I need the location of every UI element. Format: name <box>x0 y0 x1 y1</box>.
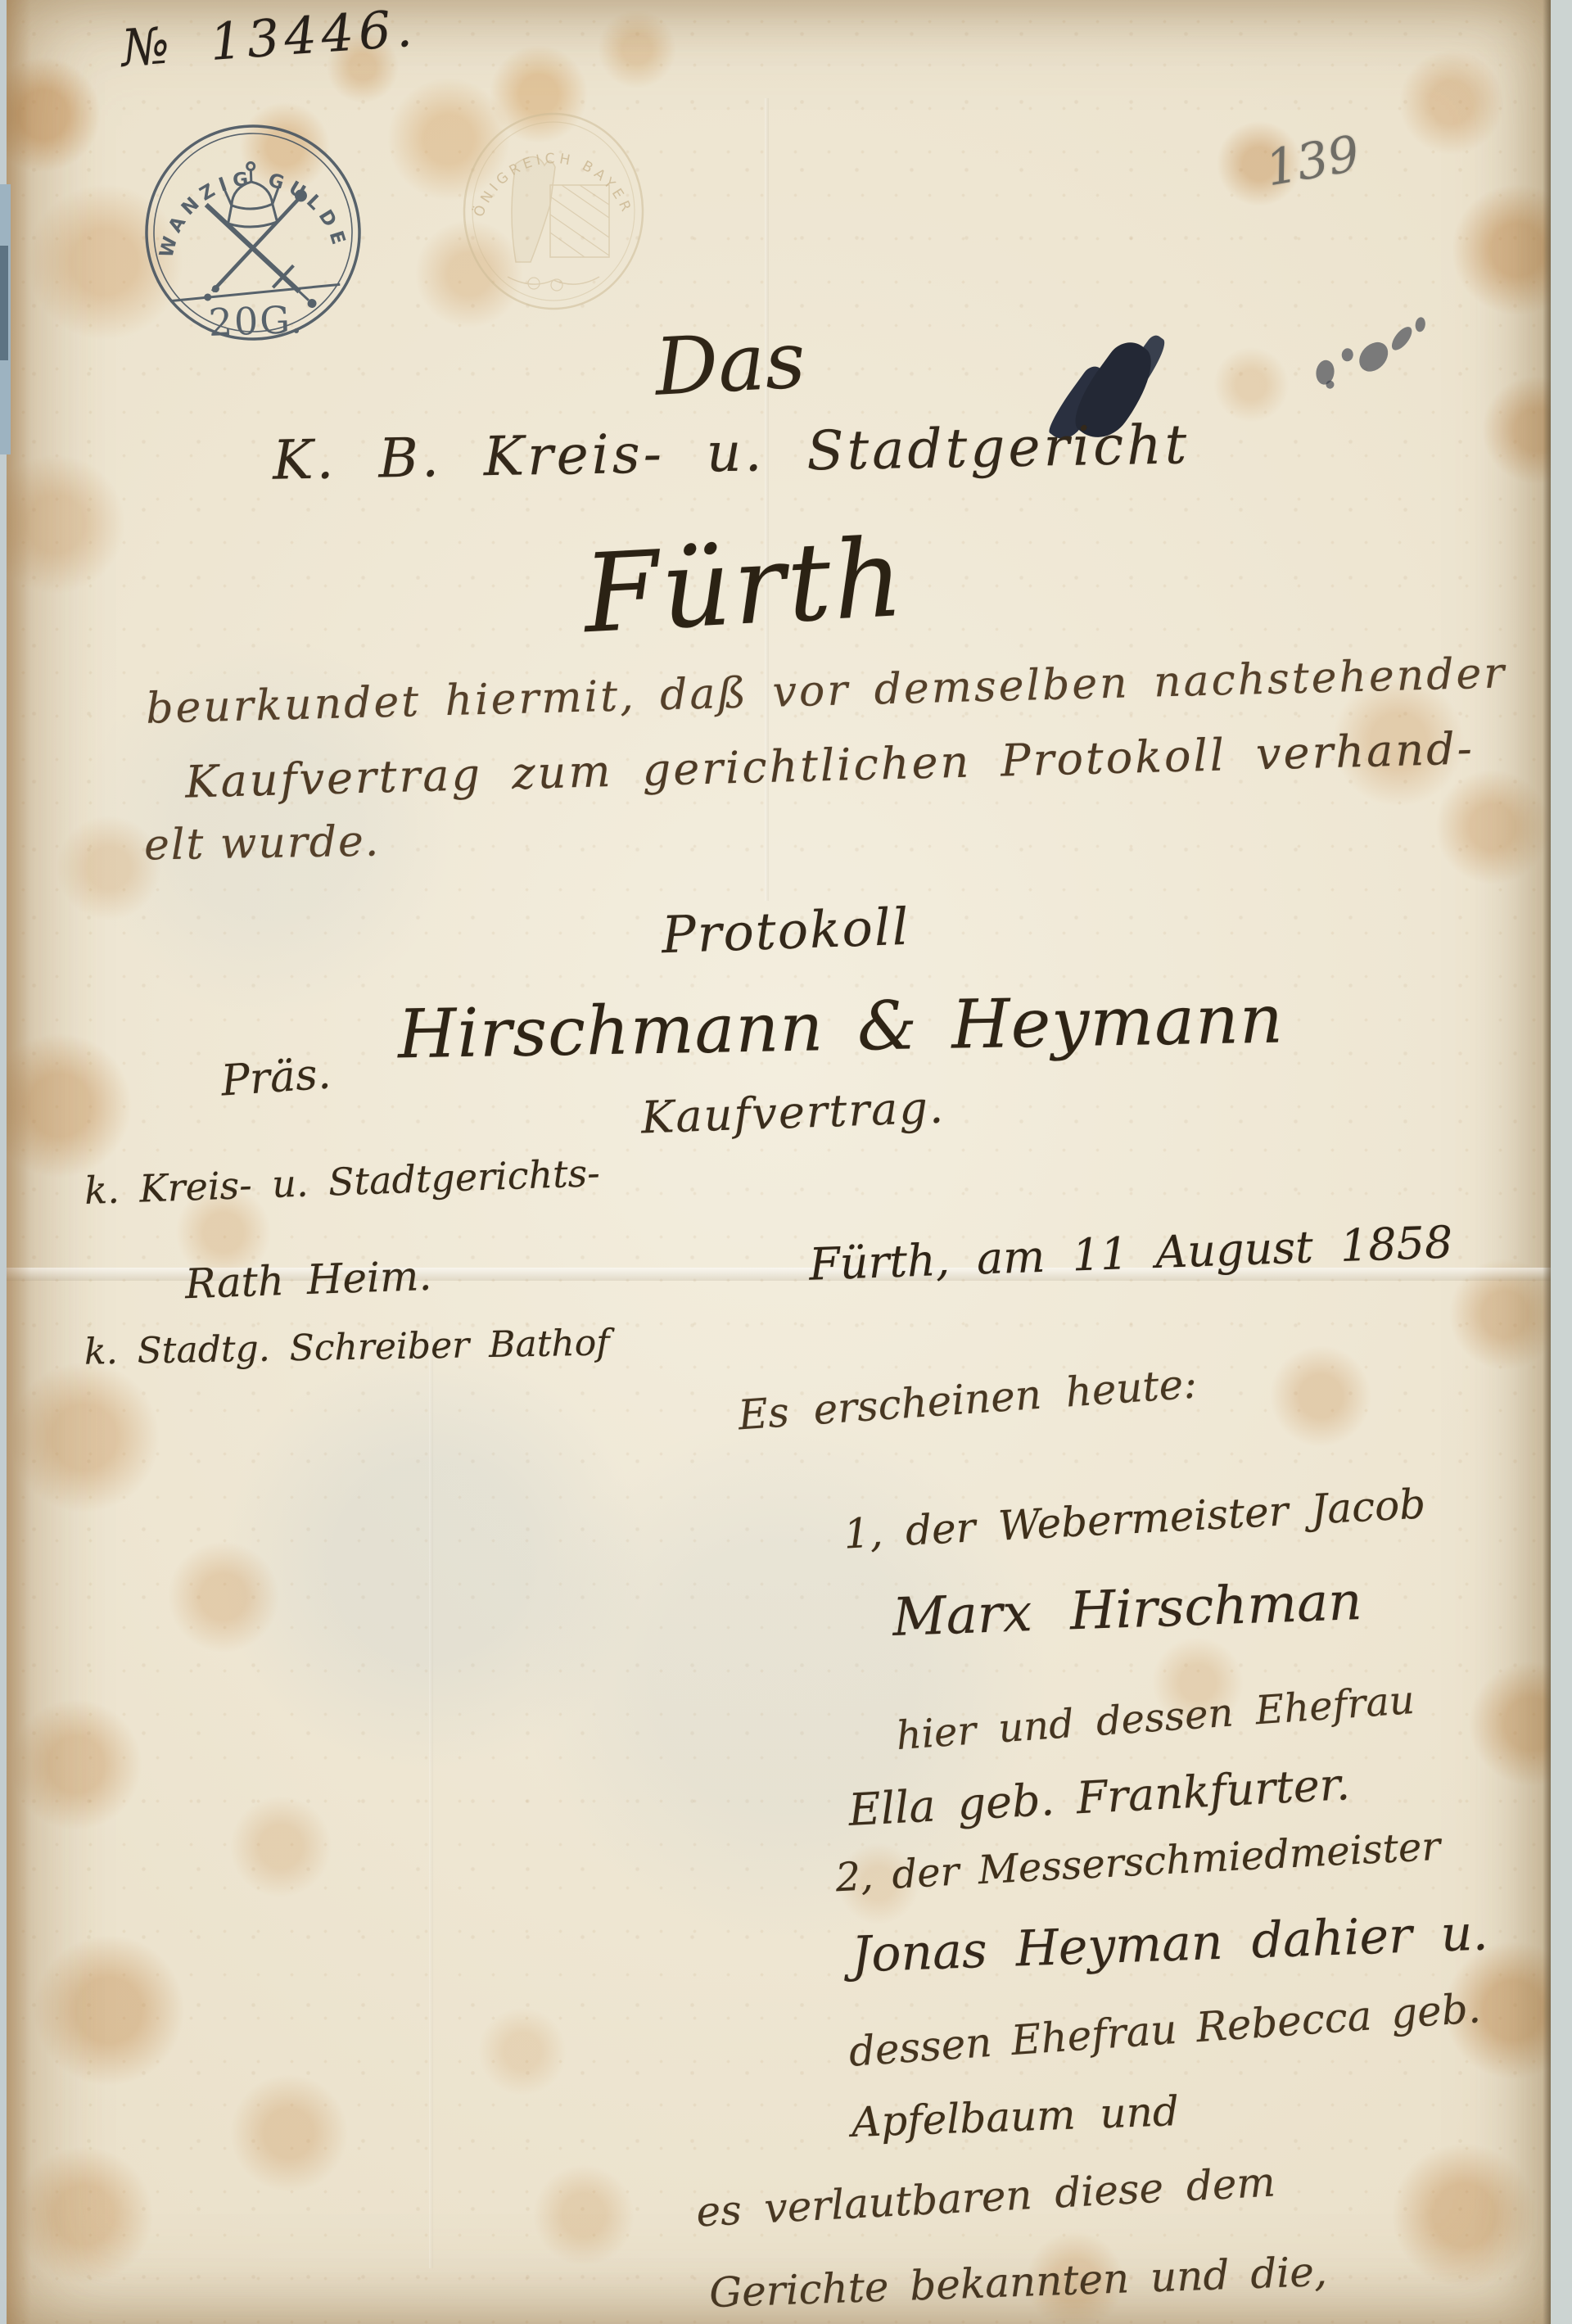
margin-note-clerk: k. Stadtg. Schreiber Bathof <box>84 1325 610 1370</box>
document-page: № 13446. 139 ZWANZIG GULDEN <box>7 0 1551 2324</box>
page-number: 139 <box>1262 125 1364 198</box>
party2-line-3: dessen Ehefrau Rebecca geb. <box>847 1987 1482 2073</box>
scan-edge-right <box>1551 0 1572 2324</box>
stamp-value-text: 20G. <box>208 297 305 345</box>
opening-line: Es erscheinen heute: <box>737 1363 1199 1436</box>
ink-smear <box>1308 308 1442 414</box>
scan-edge-left-shadow <box>0 246 8 360</box>
embossed-seal: KÖNIGREICH BAYERN <box>458 106 648 316</box>
court-name: K. B. Kreis- u. Stadtgericht <box>273 418 1190 488</box>
contract-type: Kaufvertrag. <box>640 1086 946 1141</box>
protocol-title: Protokoll <box>661 902 910 961</box>
heading-das: Das <box>653 320 807 406</box>
vertical-fold-crease-2 <box>429 1327 433 2268</box>
party2-line-2: Jonas Heyman dahier u. <box>851 1908 1488 1979</box>
seal-inner-ring <box>472 122 635 301</box>
document-scan: № 13446. 139 ZWANZIG GULDEN <box>0 0 1572 2324</box>
doc-number: № 13446. <box>120 2 418 74</box>
intro-line-3: elt wurde. <box>144 820 381 866</box>
margin-note-judge: Rath Heim. <box>184 1255 432 1304</box>
party2-line-4: Apfelbaum und <box>851 2091 1179 2143</box>
city-name: Fürth <box>581 524 908 649</box>
party1-line-4: Ella geb. Frankfurter. <box>847 1762 1351 1833</box>
intro-line-2: Kaufvertrag zum gerichtlichen Protokoll … <box>185 726 1475 804</box>
party-names: Hirschmann & Heymann <box>397 987 1284 1069</box>
margin-note-praes: Präs. <box>219 1052 332 1102</box>
margin-note-court: k. Kreis- u. Stadtgerichts- <box>84 1154 600 1209</box>
party2-line-1: 2, der Messerschmiedmeister <box>834 1827 1441 1898</box>
party1-line-1: 1, der Webermeister Jacob <box>842 1483 1426 1554</box>
party1-line-2: Marx Hirschman <box>892 1576 1362 1644</box>
intro-line-1: beurkundet hiermit, daß vor demselben na… <box>146 652 1507 730</box>
revenue-stamp: ZWANZIG GULDEN <box>138 117 368 347</box>
closing-line-2: Gerichte bekannten und die, <box>708 2251 1327 2313</box>
party1-line-3: hier und dessen Ehefrau <box>895 1680 1416 1756</box>
closing-line-1: es verlautbaren diese dem <box>695 2162 1276 2233</box>
